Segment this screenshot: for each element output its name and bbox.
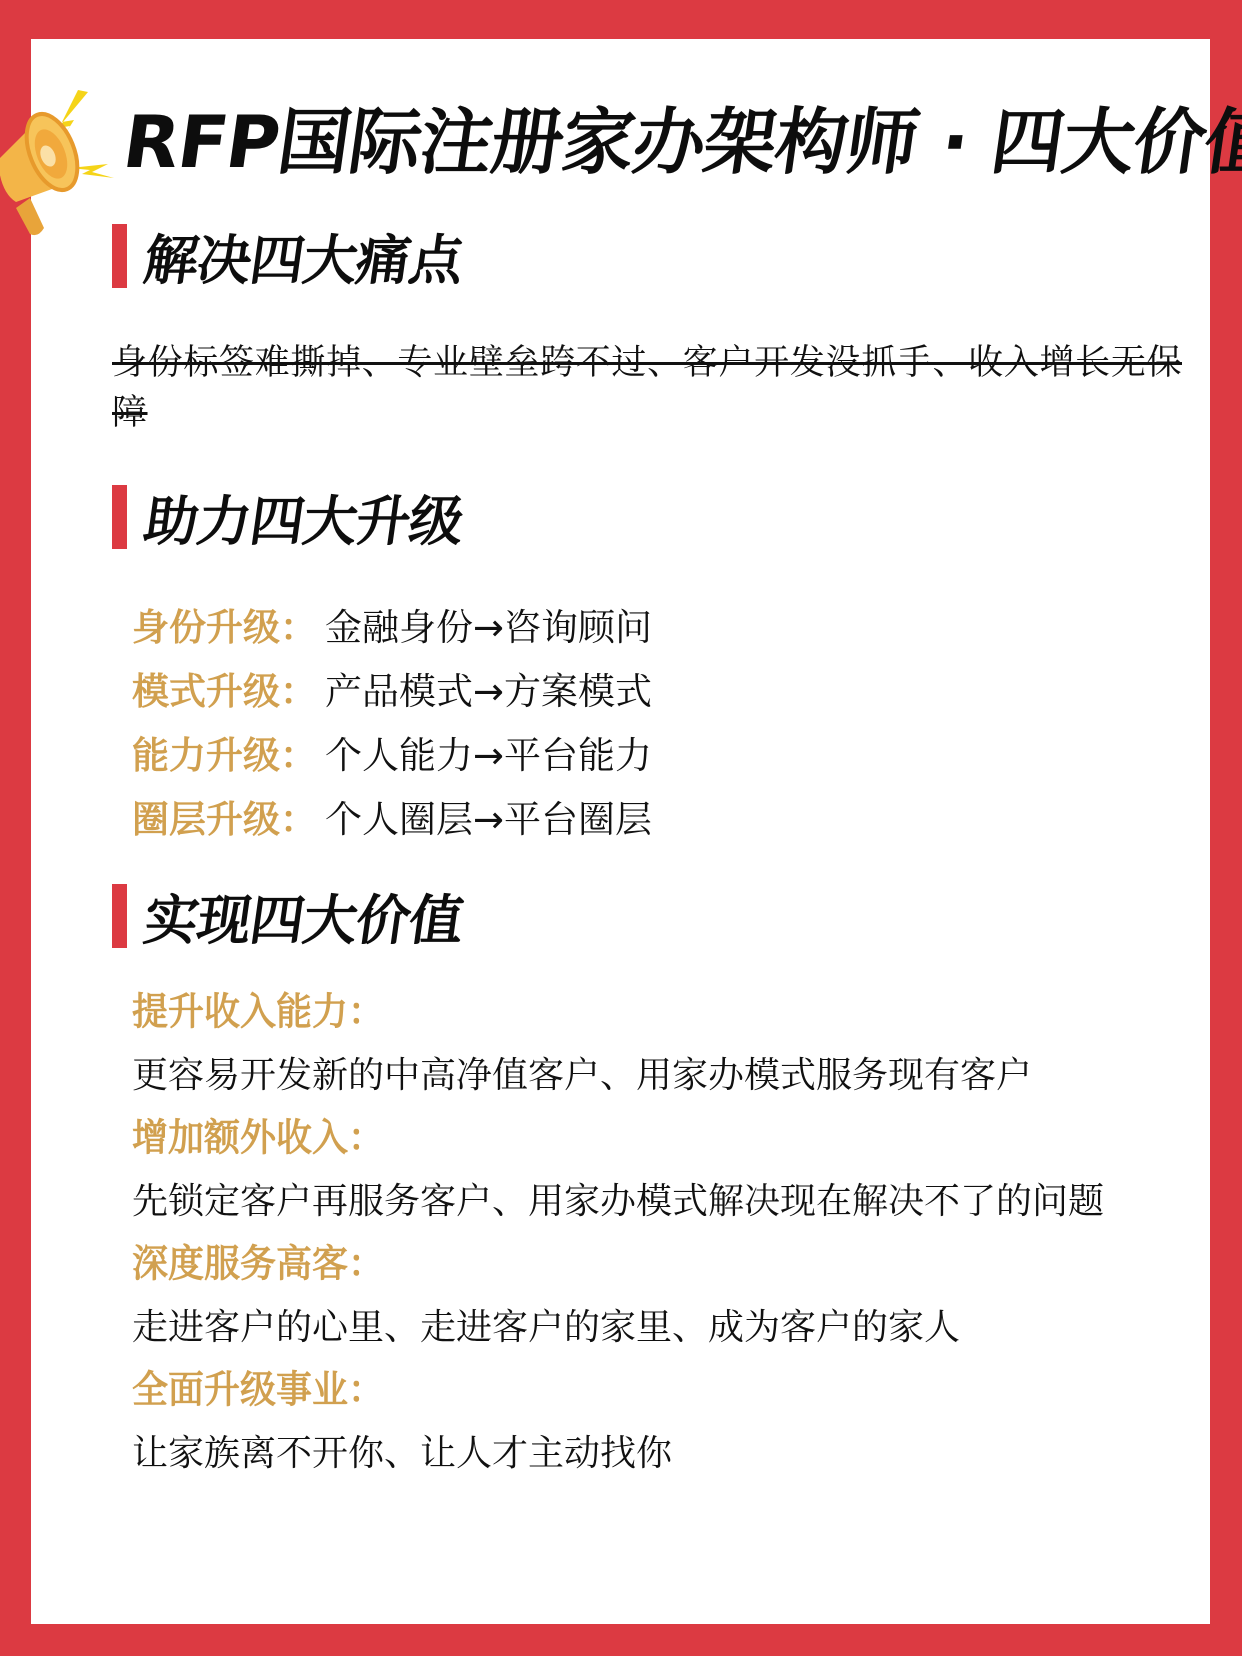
section-accent-bar xyxy=(112,884,127,948)
section-heading-text: 助力四大升级 xyxy=(140,479,469,556)
section-heading-text: 实现四大价值 xyxy=(140,878,469,955)
upgrade-value: 产品模式→方案模式 xyxy=(325,661,652,715)
value-label: 提升收入能力： xyxy=(132,980,1192,1046)
value-list: 提升收入能力： 更容易开发新的中高净值客户、用家办模式服务现有客户 增加额外收入… xyxy=(132,982,1192,1486)
upgrade-label: 圈层升级： xyxy=(132,789,317,843)
upgrade-value: 个人能力→平台能力 xyxy=(325,725,652,779)
section-accent-bar xyxy=(112,485,127,549)
section-heading-pain-points: 解决四大痛点 xyxy=(112,224,463,288)
upgrade-value: 个人圈层→平台圈层 xyxy=(325,789,652,843)
value-description: 更容易开发新的中高净值客户、用家办模式服务现有客户 xyxy=(132,1044,1192,1108)
value-label: 全面升级事业： xyxy=(132,1358,1192,1424)
list-item: 全面升级事业： 让家族离不开你、让人才主动找你 xyxy=(132,1360,1192,1486)
section-heading-text: 解决四大痛点 xyxy=(140,218,469,295)
section-heading-values: 实现四大价值 xyxy=(112,884,463,948)
value-description: 走进客户的心里、走进客户的家里、成为客户的家人 xyxy=(132,1296,1192,1360)
section-heading-upgrades: 助力四大升级 xyxy=(112,485,463,549)
megaphone-icon xyxy=(0,80,126,240)
upgrade-value: 金融身份→咨询顾问 xyxy=(325,597,652,651)
list-item: 圈层升级： 个人圈层→平台圈层 xyxy=(132,784,652,848)
value-description: 让家族离不开你、让人才主动找你 xyxy=(132,1422,1192,1486)
value-label: 深度服务高客： xyxy=(132,1232,1192,1298)
upgrade-label: 身份升级： xyxy=(132,597,317,651)
list-item: 模式升级： 产品模式→方案模式 xyxy=(132,656,652,720)
value-description: 先锁定客户再服务客户、用家办模式解决现在解决不了的问题 xyxy=(132,1170,1172,1234)
upgrade-label: 能力升级： xyxy=(132,725,317,779)
list-item: 提升收入能力： 更容易开发新的中高净值客户、用家办模式服务现有客户 xyxy=(132,982,1192,1108)
value-label: 增加额外收入： xyxy=(132,1106,1192,1172)
list-item: 增加额外收入： 先锁定客户再服务客户、用家办模式解决现在解决不了的问题 xyxy=(132,1108,1192,1234)
pain-points-text: 身份标签难撕掉、专业壁垒跨不过、客户开发没抓手、收入增长无保障 xyxy=(112,338,1182,438)
page-title: RFP国际注册家办架构师 · 四大价值 xyxy=(118,98,1242,186)
upgrade-list: 身份升级： 金融身份→咨询顾问 模式升级： 产品模式→方案模式 能力升级： 个人… xyxy=(132,592,652,848)
upgrade-label: 模式升级： xyxy=(132,661,317,715)
list-item: 能力升级： 个人能力→平台能力 xyxy=(132,720,652,784)
list-item: 身份升级： 金融身份→咨询顾问 xyxy=(132,592,652,656)
list-item: 深度服务高客： 走进客户的心里、走进客户的家里、成为客户的家人 xyxy=(132,1234,1192,1360)
